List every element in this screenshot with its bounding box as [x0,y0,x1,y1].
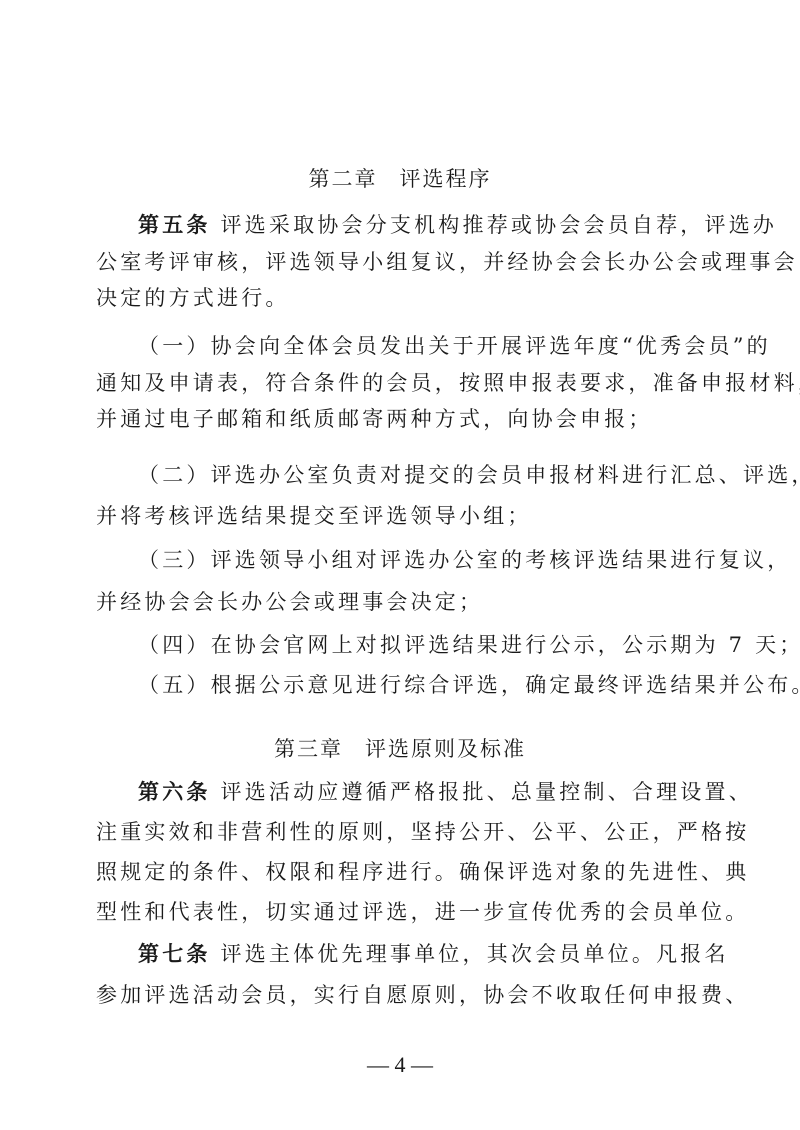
article-6-line-4: 型性和代表性，切实通过评选，进一步宣传优秀的会员单位。 [96,899,721,925]
chapter-number: 第二章 [309,167,378,191]
page-number: — 4 — [0,1052,800,1078]
article-7-line-2: 参加评选活动会员，实行自愿原则，协会不收取任何申报费、 [96,982,721,1008]
item-3-line-1: （三）评选领导小组对评选办公室的考核评选结果进行复议， [138,547,721,573]
item-3-line-2: 并经协会会长办公会或理事会决定； [96,589,721,615]
article-6-line-3: 照规定的条件、权限和程序进行。确保评选对象的先进性、典 [96,859,721,885]
article-text: 评选采取协会分支机构推荐或协会会员自荐，评选办 [221,213,778,237]
article-label: 第七条 [138,941,211,966]
article-6-line-1: 第六条 评选活动应遵循严格报批、总量控制、合理设置、 [138,779,721,805]
chapter-title: 评选程序 [400,167,492,191]
chapter-3-heading: 第三章评选原则及标准 [0,736,800,762]
item-2-line-2: 并将考核评选结果提交至评选领导小组； [96,503,721,529]
article-text: 评选主体优先理事单位，其次会员单位。凡报名 [221,942,729,966]
chapter-2-heading: 第二章评选程序 [0,166,800,192]
item-2-line-1: （二）评选办公室负责对提交的会员申报材料进行汇总、评选， [138,462,721,488]
article-5-line-1: 第五条 评选采取协会分支机构推荐或协会会员自荐，评选办 [138,212,721,238]
item-4-line-1: （四）在协会官网上对拟评选结果进行公示，公示期为 7 天； [138,632,721,658]
document-page: 第二章评选程序 第五条 评选采取协会分支机构推荐或协会会员自荐，评选办 公室考评… [0,0,800,1130]
article-label: 第六条 [138,779,211,804]
article-5-line-3: 决定的方式进行。 [96,285,721,311]
item-1-line-2: 通知及申请表，符合条件的会员，按照申报表要求，准备申报材料， [96,370,721,396]
chapter-title: 评选原则及标准 [365,737,526,761]
article-text: 评选活动应遵循严格报批、总量控制、合理设置、 [221,780,753,804]
article-6-line-2: 注重实效和非营利性的原则，坚持公开、公平、公正，严格按 [96,819,721,845]
item-5-line-1: （五）根据公示意见进行综合评选，确定最终评选结果并公布。 [138,672,721,698]
article-label: 第五条 [138,212,211,237]
item-1-line-1: （一）协会向全体会员发出关于开展评选年度“优秀会员”的 [138,333,721,359]
article-5-line-2: 公室考评审核，评选领导小组复议，并经协会会长办公会或理事会 [96,249,721,275]
chapter-number: 第三章 [274,737,343,761]
item-1-line-3: 并通过电子邮箱和纸质邮寄两种方式，向协会申报； [96,406,721,432]
article-7-line-1: 第七条 评选主体优先理事单位，其次会员单位。凡报名 [138,941,721,967]
